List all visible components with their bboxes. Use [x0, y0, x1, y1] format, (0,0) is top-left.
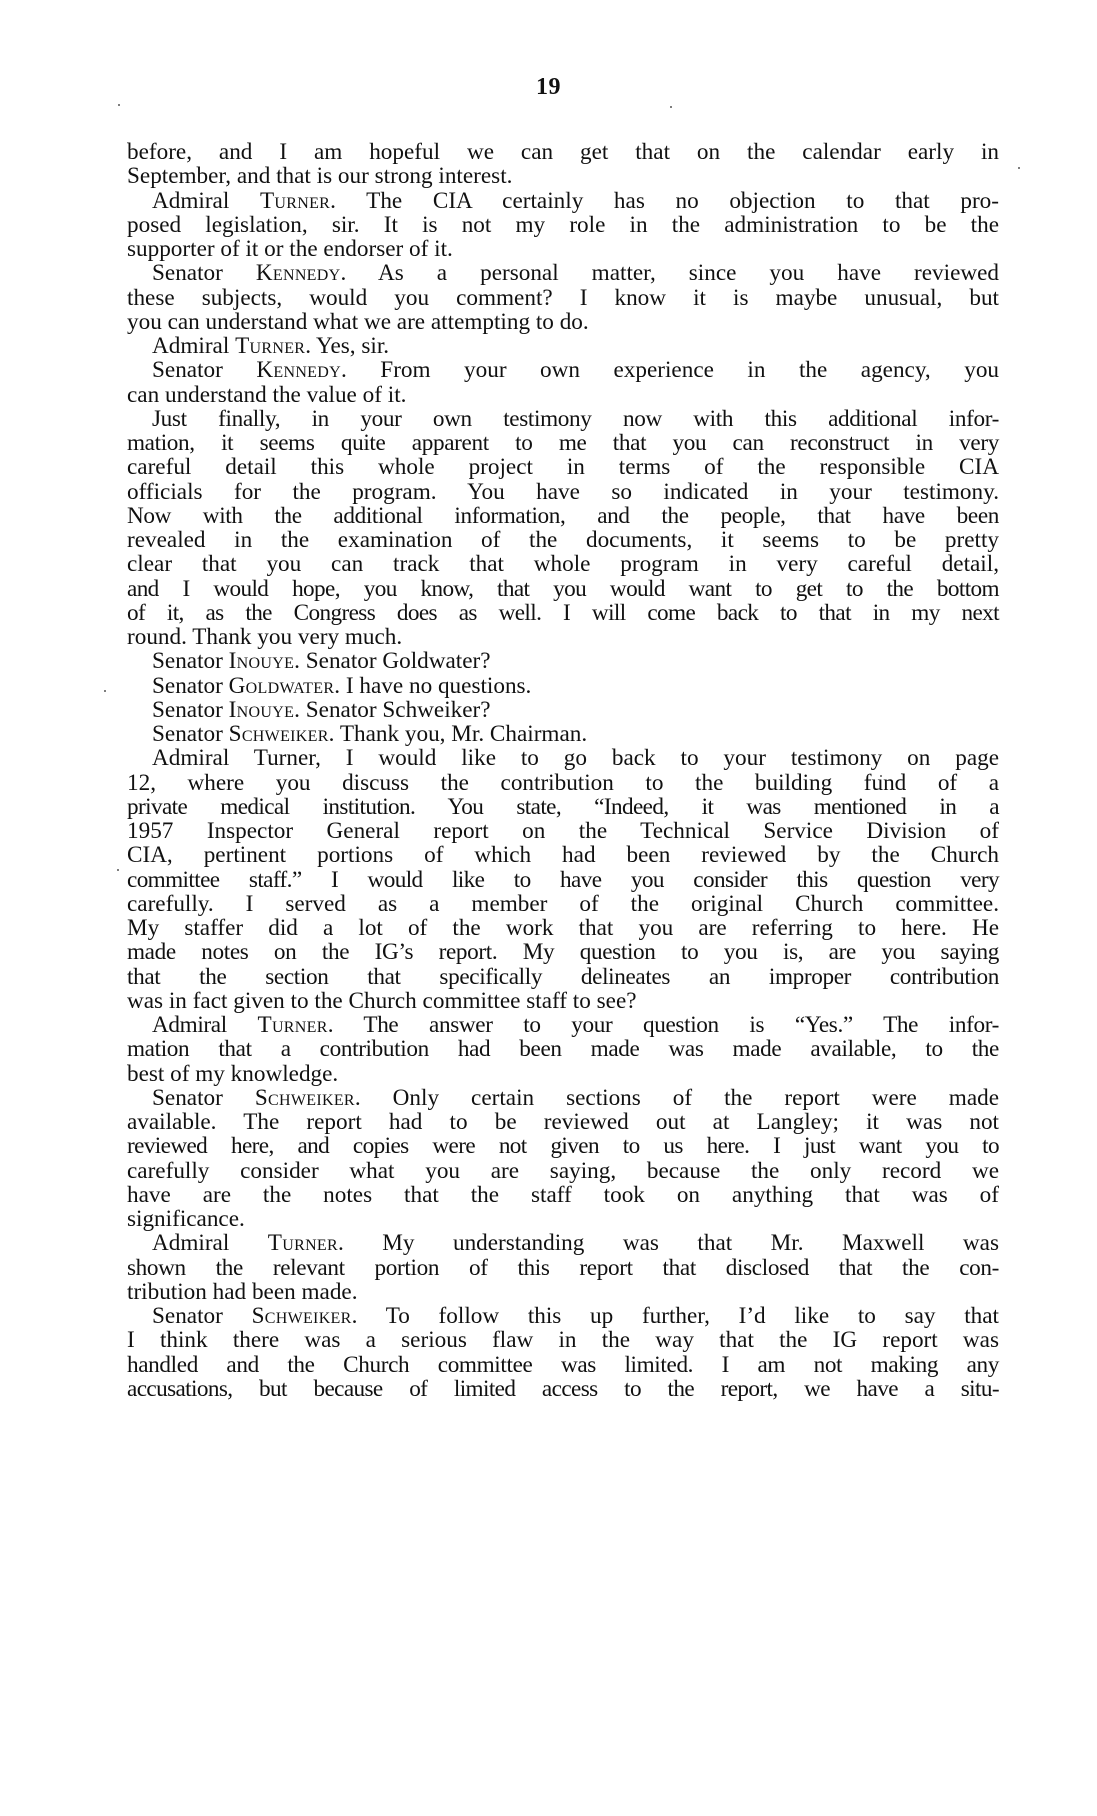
- text-line: Senator Kennedy. As a personal matter, s…: [127, 261, 999, 285]
- speaker-name: Schweiker: [255, 1085, 355, 1111]
- paragraph-turner: Admiral Turner. The answer to your quest…: [127, 1013, 999, 1086]
- text-line: Admiral Turner. The CIA certainly has no…: [127, 189, 999, 213]
- text-line: these subjects, would you comment? I kno…: [127, 286, 999, 310]
- paragraph-schweiker: Senator Schweiker. Only certain sections…: [127, 1086, 999, 1232]
- page-number: 19: [0, 74, 1097, 101]
- paragraph-continuation: before, and I am hopeful we can get that…: [127, 140, 999, 189]
- paragraph-turner: Admiral Turner. Yes, sir.: [127, 334, 999, 358]
- text-line: have are the notes that the staff took o…: [127, 1183, 999, 1207]
- text-line: supporter of it or the endorser of it.: [127, 237, 999, 261]
- paragraph-schweiker-continued: Admiral Turner, I would like to go back …: [127, 746, 999, 1013]
- text-line: Senator Kennedy. From your own experienc…: [127, 358, 999, 382]
- text-line: September, and that is our strong intere…: [127, 164, 999, 188]
- text-line: CIA, pertinent portions of which had bee…: [127, 843, 999, 867]
- text-line: committee staff.” I would like to have y…: [127, 868, 999, 892]
- speaker-name: Turner: [257, 1012, 327, 1038]
- text-fragment: As a personal matter, since you have rev…: [378, 260, 999, 286]
- paragraph-kennedy-continued: Just finally, in your own testimony now …: [127, 407, 999, 650]
- paragraph-schweiker: Senator Schweiker. Thank you, Mr. Chairm…: [127, 722, 999, 746]
- speaker-name: Turner: [260, 188, 330, 214]
- speaker-title: Senator: [152, 673, 223, 699]
- text-line: tribution had been made.: [127, 1280, 999, 1304]
- speaker-name: Inouye: [229, 648, 295, 674]
- paragraph-kennedy: Senator Kennedy. As a personal matter, s…: [127, 261, 999, 334]
- text-line: Admiral Turner. The answer to your quest…: [127, 1013, 999, 1037]
- text-line: Admiral Turner. My understanding was tha…: [127, 1231, 999, 1255]
- text-fragment: The CIA certainly has no objection to th…: [366, 188, 999, 214]
- text-line: handled and the Church committee was lim…: [127, 1353, 999, 1377]
- document-body: before, and I am hopeful we can get that…: [127, 140, 999, 1401]
- text-line: private medical institution. You state, …: [127, 795, 999, 819]
- text-fragment: Senator Goldwater?: [306, 648, 491, 674]
- text-line: Senator Schweiker. Thank you, Mr. Chairm…: [127, 722, 999, 746]
- speaker-name: Kennedy: [256, 357, 341, 383]
- text-line: before, and I am hopeful we can get that…: [127, 140, 999, 164]
- text-line: My staffer did a lot of the work that yo…: [127, 916, 999, 940]
- text-line: mation, it seems quite apparent to me th…: [127, 431, 999, 455]
- speaker-title: Admiral: [152, 1230, 229, 1256]
- text-line: Senator Goldwater. I have no questions.: [127, 674, 999, 698]
- speaker-title: Senator: [152, 260, 223, 286]
- text-line: officials for the program. You have so i…: [127, 480, 999, 504]
- speaker-title: Senator: [152, 1303, 223, 1329]
- scan-speck: [117, 869, 119, 871]
- text-line: Senator Schweiker. Only certain sections…: [127, 1086, 999, 1110]
- text-fragment: My understanding was that Mr. Maxwell wa…: [382, 1230, 999, 1256]
- paragraph-schweiker: Senator Schweiker. To follow this up fur…: [127, 1304, 999, 1401]
- speaker-title: Senator: [152, 357, 223, 383]
- text-line: that the section that specifically delin…: [127, 965, 999, 989]
- text-line: Senator Inouye. Senator Goldwater?: [127, 649, 999, 673]
- text-line: significance.: [127, 1207, 999, 1231]
- text-line: of it, as the Congress does as well. I w…: [127, 601, 999, 625]
- text-line: and I would hope, you know, that you wou…: [127, 577, 999, 601]
- text-line: shown the relevant portion of this repor…: [127, 1256, 999, 1280]
- text-line: accusations, but because of limited acce…: [127, 1377, 999, 1401]
- text-line: was in fact given to the Church committe…: [127, 989, 999, 1013]
- text-line: available. The report had to be reviewed…: [127, 1110, 999, 1134]
- speaker-title: Senator: [152, 648, 223, 674]
- speaker-title: Senator: [152, 721, 223, 747]
- text-line: Senator Schweiker. To follow this up fur…: [127, 1304, 999, 1328]
- text-line: posed legislation, sir. It is not my rol…: [127, 213, 999, 237]
- text-line: 1957 Inspector General report on the Tec…: [127, 819, 999, 843]
- text-line: you can understand what we are attemptin…: [127, 310, 999, 334]
- text-line: can understand the value of it.: [127, 383, 999, 407]
- text-fragment: Yes, sir.: [316, 333, 389, 359]
- speaker-name: Schweiker: [252, 1303, 352, 1329]
- text-fragment: The answer to your question is “Yes.” Th…: [363, 1012, 999, 1038]
- text-line: I think there was a serious flaw in the …: [127, 1328, 999, 1352]
- text-line: carefully. I served as a member of the o…: [127, 892, 999, 916]
- speaker-title: Admiral: [152, 188, 229, 214]
- text-fragment: Only certain sections of the report were…: [393, 1085, 999, 1111]
- text-line: clear that you can track that whole prog…: [127, 552, 999, 576]
- scan-speck: [104, 690, 106, 692]
- text-line: Admiral Turner. Yes, sir.: [127, 334, 999, 358]
- text-line: Now with the additional information, and…: [127, 504, 999, 528]
- text-fragment: I have no questions.: [346, 673, 531, 699]
- speaker-name: Schweiker: [229, 721, 329, 747]
- text-fragment: Senator Schweiker?: [306, 697, 491, 723]
- paragraph-inouye: Senator Inouye. Senator Schweiker?: [127, 698, 999, 722]
- paragraph-goldwater: Senator Goldwater. I have no questions.: [127, 674, 999, 698]
- text-line: revealed in the examination of the docum…: [127, 528, 999, 552]
- speaker-title: Senator: [152, 697, 223, 723]
- text-fragment: From your own experience in the agency, …: [380, 357, 999, 383]
- text-line: carefully consider what you are saying, …: [127, 1159, 999, 1183]
- scan-speck: [670, 106, 672, 108]
- paragraph-inouye: Senator Inouye. Senator Goldwater?: [127, 649, 999, 673]
- text-line: reviewed here, and copies were not given…: [127, 1134, 999, 1158]
- paragraph-kennedy: Senator Kennedy. From your own experienc…: [127, 358, 999, 407]
- speaker-name: Inouye: [229, 697, 295, 723]
- text-line: Admiral Turner, I would like to go back …: [127, 746, 999, 770]
- speaker-title: Admiral: [152, 333, 229, 359]
- speaker-title: Admiral: [152, 1012, 227, 1038]
- speaker-name: Goldwater: [229, 673, 335, 699]
- text-line: careful detail this whole project in ter…: [127, 455, 999, 479]
- speaker-name: Kennedy: [256, 260, 341, 286]
- text-line: Just finally, in your own testimony now …: [127, 407, 999, 431]
- speaker-name: Turner: [235, 333, 305, 359]
- text-line: mation that a contribution had been made…: [127, 1037, 999, 1061]
- text-line: made notes on the IG’s report. My questi…: [127, 940, 999, 964]
- text-fragment: To follow this up further, I’d like to s…: [386, 1303, 999, 1329]
- text-line: Senator Inouye. Senator Schweiker?: [127, 698, 999, 722]
- text-line: best of my knowledge.: [127, 1062, 999, 1086]
- text-fragment: Thank you, Mr. Chairman.: [340, 721, 587, 747]
- scan-speck: [118, 104, 120, 106]
- speaker-title: Senator: [152, 1085, 223, 1111]
- paragraph-turner: Admiral Turner. My understanding was tha…: [127, 1231, 999, 1304]
- scan-speck: [1018, 167, 1020, 169]
- text-line: round. Thank you very much.: [127, 625, 999, 649]
- speaker-name: Turner: [268, 1230, 338, 1256]
- text-line: 12, where you discuss the contribution t…: [127, 771, 999, 795]
- paragraph-turner: Admiral Turner. The CIA certainly has no…: [127, 189, 999, 262]
